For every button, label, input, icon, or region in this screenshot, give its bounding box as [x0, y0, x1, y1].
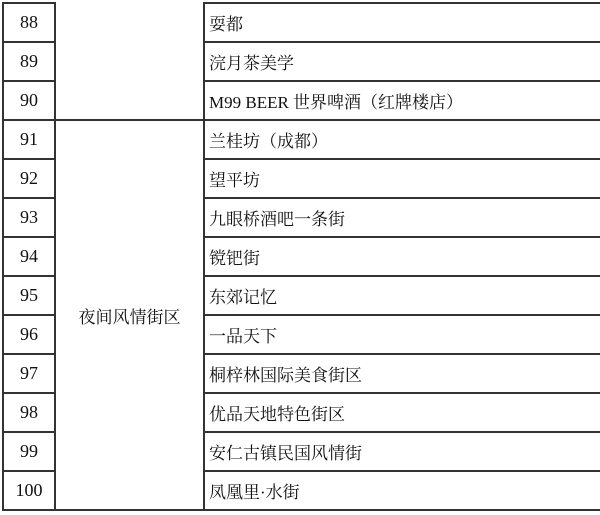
- row-number-cell: 88: [3, 3, 55, 42]
- row-number-cell: 98: [3, 393, 55, 432]
- venues-table: 88 耍都 89 浣月茶美学 90 M99 BEER 世界啤酒（红牌楼店） 91…: [2, 2, 600, 511]
- venue-name-cell: 镋钯街: [204, 237, 600, 276]
- venue-name-cell: 兰桂坊（成都）: [204, 120, 600, 159]
- document-page: 88 耍都 89 浣月茶美学 90 M99 BEER 世界啤酒（红牌楼店） 91…: [0, 0, 600, 515]
- venue-name-cell: 东郊记忆: [204, 276, 600, 315]
- venue-name-cell: 一品天下: [204, 315, 600, 354]
- venue-name-cell: 凤凰里·水街: [204, 471, 600, 510]
- row-number-cell: 90: [3, 81, 55, 120]
- venue-name-cell: 桐梓林国际美食街区: [204, 354, 600, 393]
- row-number-cell: 93: [3, 198, 55, 237]
- venue-name-cell: 望平坊: [204, 159, 600, 198]
- venue-name-cell: M99 BEER 世界啤酒（红牌楼店）: [204, 81, 600, 120]
- row-number-cell: 97: [3, 354, 55, 393]
- category-cell-night-street: 夜间风情街区: [55, 120, 204, 510]
- venue-name-cell: 浣月茶美学: [204, 42, 600, 81]
- table-row: 88 耍都: [3, 3, 600, 42]
- row-number-cell: 95: [3, 276, 55, 315]
- row-number-cell: 89: [3, 42, 55, 81]
- row-number-cell: 99: [3, 432, 55, 471]
- venue-name-cell: 耍都: [204, 3, 600, 42]
- table-row: 91 夜间风情街区 兰桂坊（成都）: [3, 120, 600, 159]
- venue-name-cell: 九眼桥酒吧一条街: [204, 198, 600, 237]
- row-number-cell: 100: [3, 471, 55, 510]
- row-number-cell: 94: [3, 237, 55, 276]
- row-number-cell: 91: [3, 120, 55, 159]
- venue-name-cell: 优品天地特色街区: [204, 393, 600, 432]
- row-number-cell: 96: [3, 315, 55, 354]
- category-cell-previous-cutoff: [55, 3, 204, 120]
- venue-name-cell: 安仁古镇民国风情街: [204, 432, 600, 471]
- row-number-cell: 92: [3, 159, 55, 198]
